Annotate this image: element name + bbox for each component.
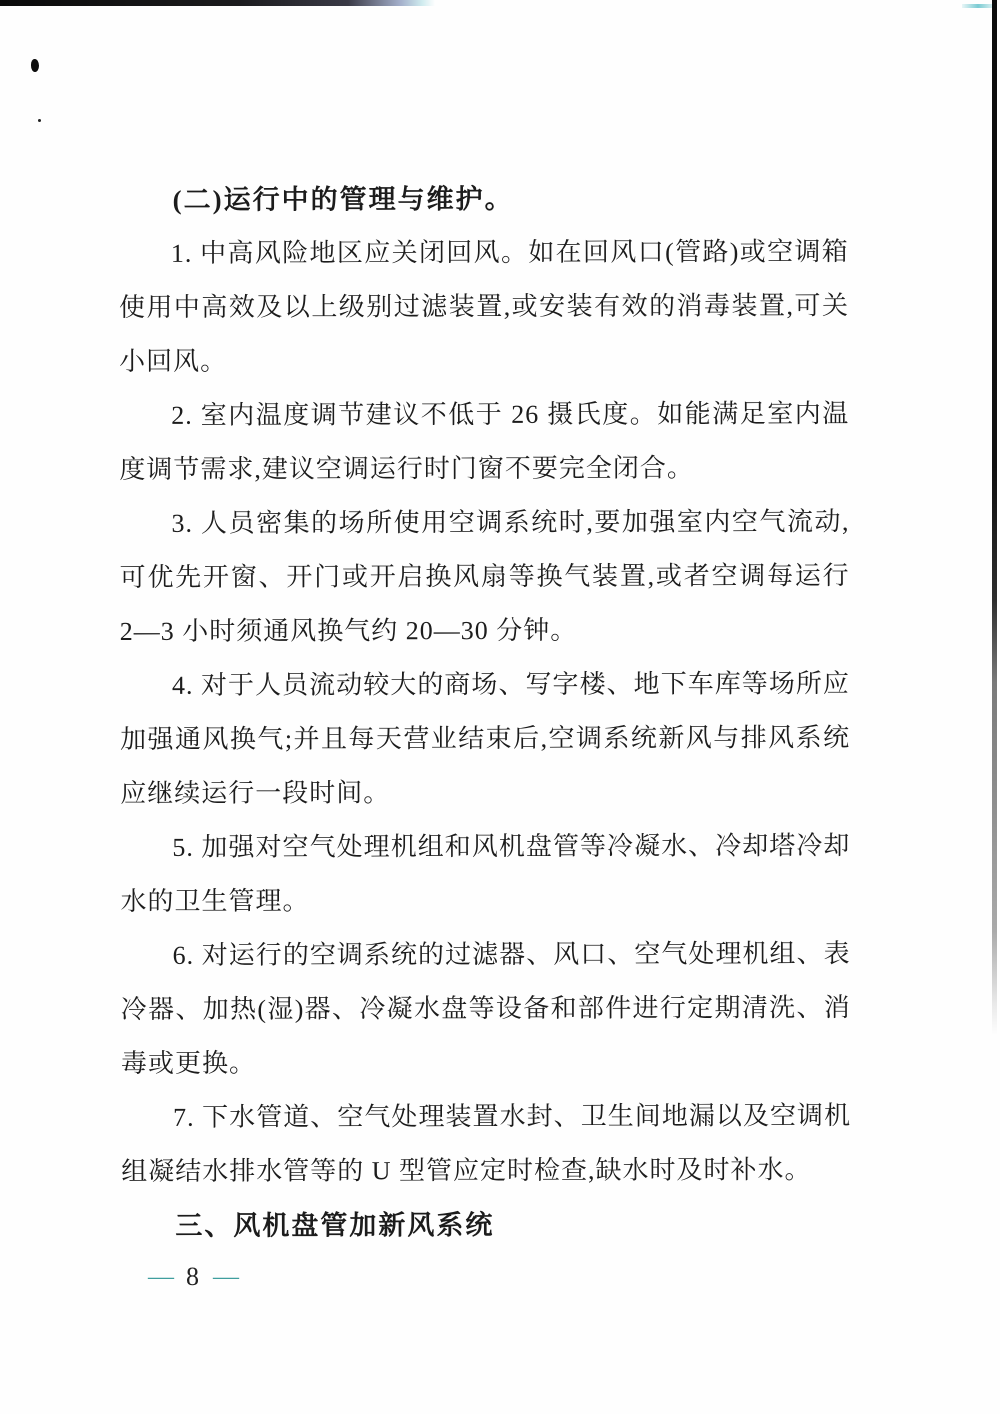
body-paragraph: 5. 加强对空气处理机组和风机盘管等冷凝水、冷却塔冷却水的卫生管理。 — [120, 819, 850, 929]
page-number-footer: — 8 — — [148, 1262, 237, 1292]
section-heading-ii: (二)运行中的管理与维护。 — [119, 171, 849, 227]
body-paragraph: 4. 对于人员流动较大的商场、写字楼、地下车库等场所应加强通风换气;并且每天营业… — [120, 657, 850, 821]
body-paragraph: 6. 对运行的空调系统的过滤器、风口、空气处理机组、表冷器、加热(湿)器、冷凝水… — [121, 927, 851, 1091]
page-number: 8 — [186, 1262, 199, 1292]
page-number-left-dash: — — [148, 1267, 172, 1288]
ink-blob — [31, 59, 39, 72]
page-number-right-dash: — — [213, 1267, 237, 1288]
body-paragraph: 3. 人员密集的场所使用空调系统时,要加强室内空气流动,可优先开窗、开门或开启换… — [119, 495, 849, 659]
scan-artifact-top-right-smudge — [962, 4, 994, 8]
scan-artifact-right-edge-line — [992, 0, 997, 1035]
scan-artifact-top-bar — [0, 0, 435, 6]
ink-dot — [38, 119, 41, 122]
body-paragraph: 2. 室内温度调节建议不低于 26 摄氏度。如能满足室内温度调节需求,建议空调运… — [119, 387, 849, 497]
scanned-document-page: (二)运行中的管理与维护。 1. 中高风险地区应关闭回风。如在回风口(管路)或空… — [0, 0, 1000, 1414]
body-paragraph: 7. 下水管道、空气处理装置水封、卫生间地漏以及空调机组凝结水排水管等的 U 型… — [121, 1089, 851, 1199]
document-body: (二)运行中的管理与维护。 1. 中高风险地区应关闭回风。如在回风口(管路)或空… — [119, 171, 852, 1253]
body-paragraph: 1. 中高风险地区应关闭回风。如在回风口(管路)或空调箱使用中高效及以上级别过滤… — [119, 225, 849, 389]
section-heading-iii: 三、风机盘管加新风系统 — [121, 1197, 851, 1253]
